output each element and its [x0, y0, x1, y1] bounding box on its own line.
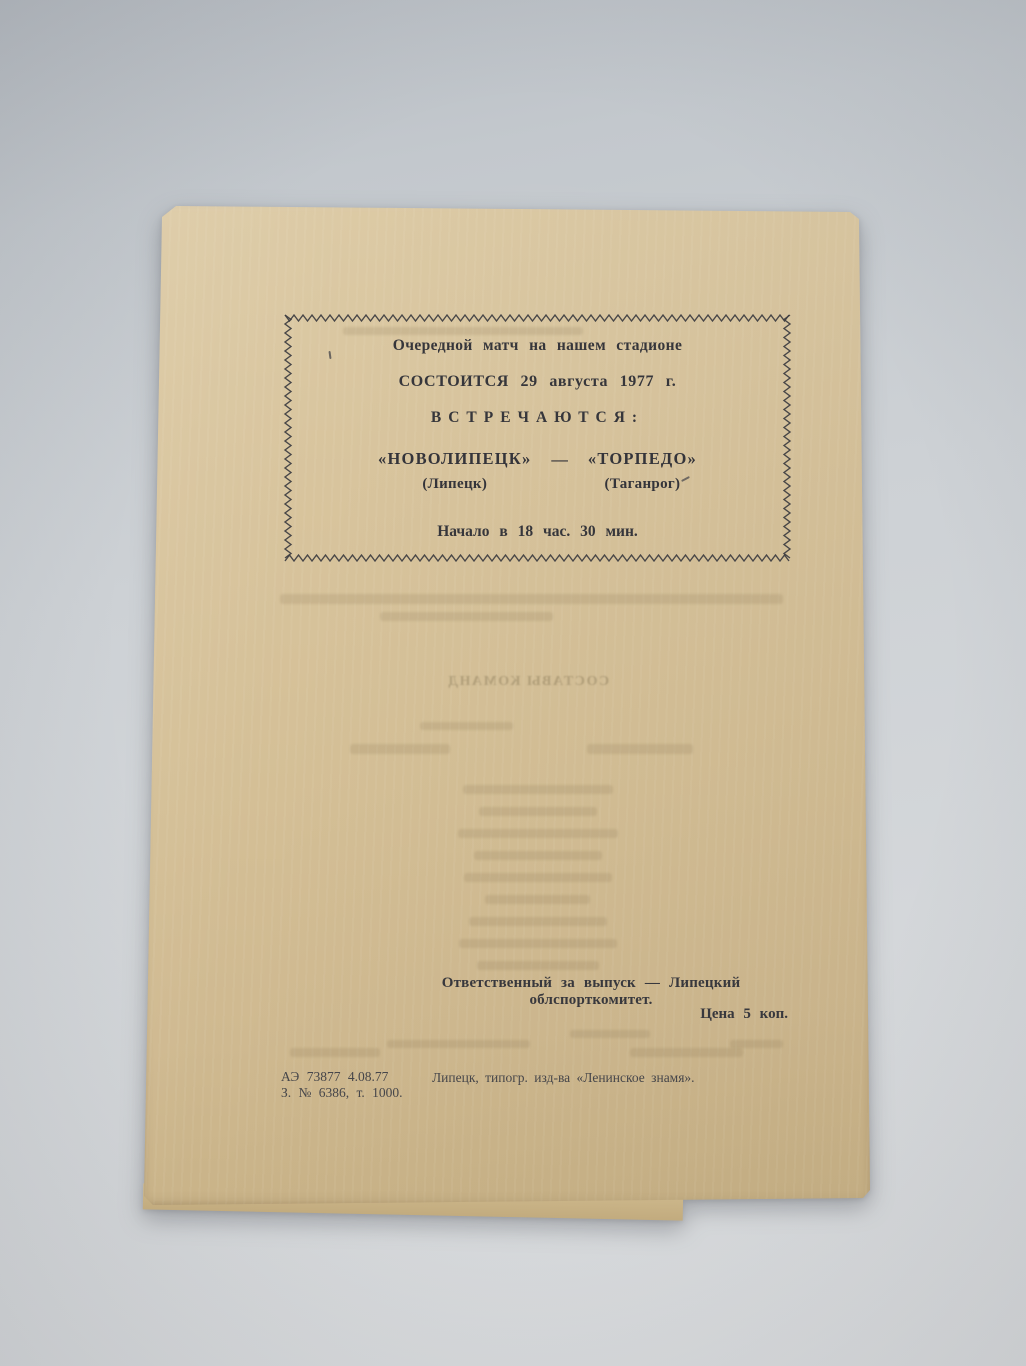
home-team-block: «НОВОЛИПЕЦК» (Липецк): [378, 449, 531, 493]
show-through-smudge: [464, 873, 612, 882]
show-through-smudge: [463, 785, 613, 794]
show-through-smudge: [570, 1030, 650, 1038]
show-through-smudge: [290, 1048, 380, 1057]
show-through-smudge: [479, 807, 597, 816]
imprint-code-line-1: АЭ 73877 4.08.77: [281, 1069, 388, 1084]
show-through-smudge: [387, 1040, 530, 1048]
show-through-smudge: [587, 744, 693, 754]
announcement-box: Очередной матч на нашем стадионе СОСТОИТ…: [283, 313, 792, 563]
announcement-date-line: СОСТОИТСЯ 29 августа 1977 г.: [283, 373, 792, 391]
home-team-city: (Липецк): [422, 476, 487, 493]
programme-back-page: Очередной матч на нашем стадионе СОСТОИТ…: [143, 205, 870, 1205]
show-through-smudge: [485, 895, 590, 904]
responsible-line: Ответственный за выпуск — Липецкий облсп…: [383, 975, 799, 1009]
show-through-lineups-title: СОСТАВЫ КОМАНД: [443, 674, 613, 690]
price-line: Цена 5 коп.: [700, 1006, 788, 1023]
show-through-smudge: [280, 594, 783, 604]
announcement-line-1: Очередной матч на нашем стадионе: [283, 337, 792, 355]
show-through-smudge: [458, 829, 618, 838]
show-through-smudge: [380, 612, 553, 621]
away-team-name: «ТОРПЕДО»: [588, 449, 697, 469]
imprint-codes: АЭ 73877 4.08.77 З. № 6386, т. 1000.: [281, 1069, 403, 1101]
show-through-smudge: [477, 961, 599, 970]
show-through-smudge: [459, 939, 617, 948]
versus-dash: —: [551, 449, 568, 471]
show-through-smudge: [469, 917, 607, 926]
show-through-smudge: [350, 744, 450, 754]
away-team-city: (Таганрог): [605, 476, 681, 493]
teams-row: «НОВОЛИПЕЦК» (Липецк) — «ТОРПЕДО» (Таган…: [283, 449, 792, 493]
show-through-smudge: [420, 722, 513, 730]
away-team-block: «ТОРПЕДО» (Таганрог): [588, 449, 697, 493]
show-through-smudge: [474, 851, 602, 860]
show-through-smudge: [343, 327, 583, 335]
home-team-name: «НОВОЛИПЕЦК»: [378, 449, 531, 469]
imprint-printer-line: Липецк, типогр. изд-ва «Ленинское знамя»…: [432, 1070, 695, 1086]
kickoff-time-line: Начало в 18 час. 30 мин.: [283, 523, 792, 541]
programme-sheet-wrap: Очередной матч на нашем стадионе СОСТОИТ…: [143, 205, 883, 1225]
show-through-smudge: [730, 1040, 783, 1048]
show-through-smudge: [630, 1048, 743, 1057]
announcement-meet-line: ВСТРЕЧАЮТСЯ:: [283, 409, 792, 427]
imprint-code-line-2: З. № 6386, т. 1000.: [281, 1085, 403, 1100]
photo-background: Очередной матч на нашем стадионе СОСТОИТ…: [0, 0, 1026, 1366]
